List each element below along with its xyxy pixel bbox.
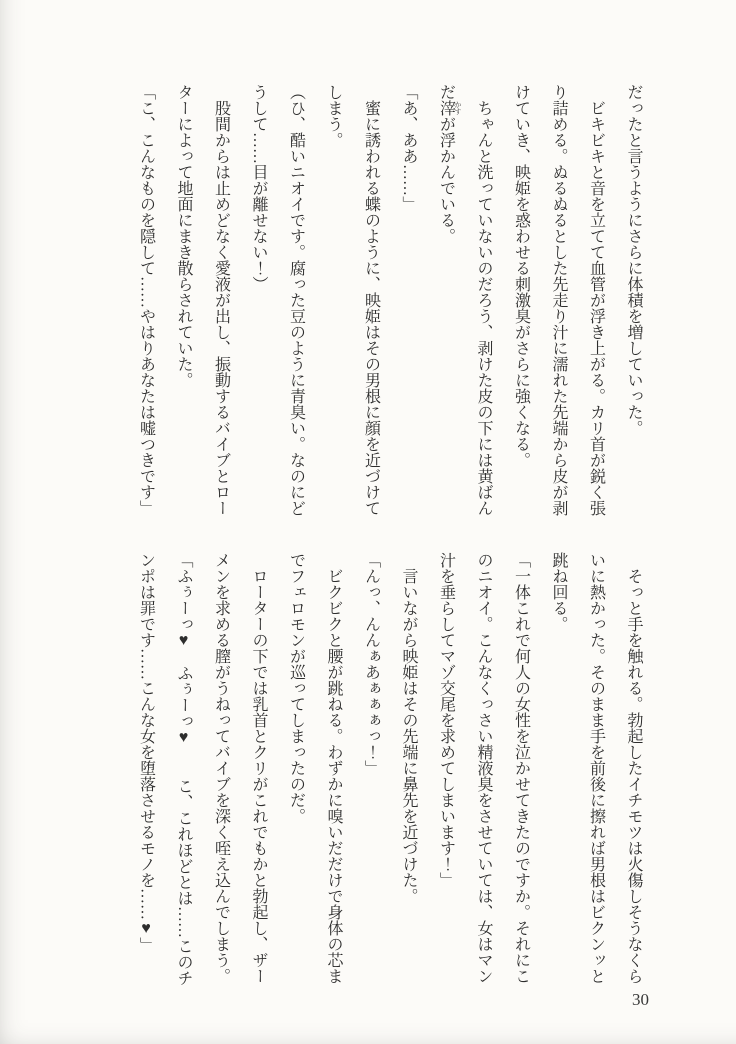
paragraph: 股間からは止めどなく愛液が出し、振動するバイブとローターによって地面にまき散らさ…	[165, 84, 240, 521]
ruby-reading: かす	[454, 100, 462, 116]
paragraph: ビキビキと音を立てて血管が浮き上がる。カリ首が鋭く張り詰める。ぬるぬるとした先走…	[502, 84, 615, 521]
text-block-bottom: そっと手を触れる。勃起したイチモツは火傷しそうなくらいに熱かった。そのまま手を前…	[127, 552, 652, 989]
paragraph: ビクビクと腰が跳ねる。わずかに嗅いだだけで身体の芯までフェロモンが巡ってしまった…	[277, 552, 352, 989]
paragraph: だったと言うようにさらに体積を増していった。	[615, 84, 653, 521]
paragraph-dialogue: 「んっ、んんぁあぁぁぁっ！」	[352, 552, 390, 989]
paragraph-dialogue: 「あ、ああ……」	[390, 84, 428, 521]
ruby-base: 滓	[438, 100, 455, 116]
text-block-top: だったと言うようにさらに体積を増していった。 ビキビキと音を立てて血管が浮き上が…	[127, 84, 652, 521]
paragraph-with-ruby: ちゃんと洗っていないのだろう、剥けた皮の下には黄ばんだ滓かすが浮かんでいる。	[427, 84, 502, 521]
paragraph-dialogue: 「こ、こんなものを隠して……やはりあなたは嘘つきです」	[127, 84, 165, 521]
page-number: 30	[632, 990, 649, 1010]
paragraph: 蜜に誘われる蝶のように、映姫はその男根に顔を近づけてしまう。	[315, 84, 390, 521]
ruby-annotation: 滓かす	[438, 100, 455, 116]
paragraph: 言いながら映姫はその先端に鼻先を近づけた。	[390, 552, 428, 989]
paragraph-text: が浮かんでいる。	[438, 116, 455, 244]
paragraph: ローターの下では乳首とクリがこれでもかと勃起し、ザーメンを求める膣がうねってバイ…	[202, 552, 277, 989]
paragraph-thought: （ひ、酷いニオイです。腐った豆のように青臭い。なのにどうして……目が離せない！）	[240, 84, 315, 521]
paragraph-dialogue: 「ふぅーっ♥ ふぅーっ♥ こ、これほどとは……このチンポは罪です……こんな女を堕…	[127, 552, 202, 989]
paragraph-dialogue: 「一体これで何人の女性を泣かせてきたのですか。それにこのニオイ。こんなくっさい精…	[427, 552, 540, 989]
paragraph: そっと手を触れる。勃起したイチモツは火傷しそうなくらいに熱かった。そのまま手を前…	[540, 552, 653, 989]
